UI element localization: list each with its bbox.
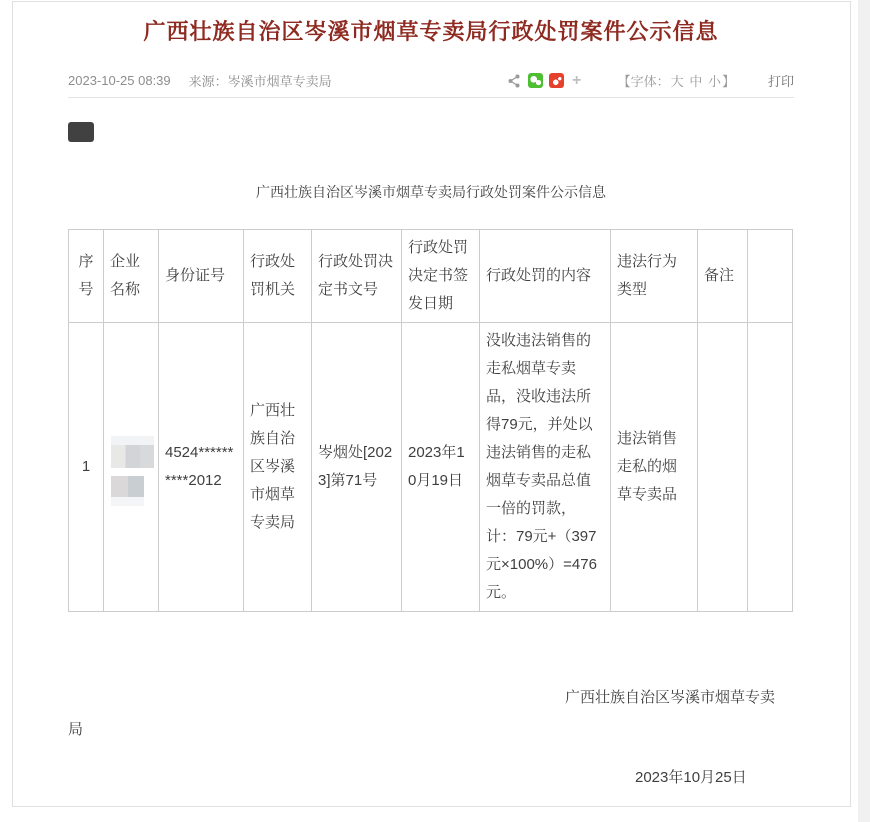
redacted-block (68, 122, 94, 142)
col-header-authority: 行政处罚机关 (244, 230, 312, 323)
meta-left: 2023-10-25 08:39 来源：岑溪市烟草专卖局 (68, 71, 332, 90)
cell-authority: 广西壮族自治区岑溪市烟草专卖局 (244, 323, 312, 612)
cell-id-number: 4524**********2012 (159, 323, 244, 612)
share-icon[interactable] (506, 73, 522, 89)
plus-icon[interactable]: + (570, 73, 584, 88)
table-header-row: 序号 企业名称 身份证号 行政处罚机关 行政处罚决定书文号 行政处罚决定书签发日… (69, 230, 793, 323)
font-size-open-bracket: 【字体： (618, 74, 670, 89)
source-label: 来源：岑溪市烟草专卖局 (189, 71, 332, 90)
weibo-icon[interactable] (549, 73, 564, 88)
wechat-icon[interactable] (528, 73, 543, 88)
cell-remark (698, 323, 748, 612)
print-button[interactable]: 打印 (768, 71, 794, 90)
font-size-control: 【字体：大 中 小】 (618, 71, 735, 90)
font-size-medium[interactable]: 中 (689, 74, 702, 89)
article-card: 广西壮族自治区岑溪市烟草专卖局行政处罚案件公示信息 2023-10-25 08:… (12, 1, 851, 807)
font-size-close-bracket: 】 (722, 74, 735, 89)
col-header-company: 企业名称 (104, 230, 159, 323)
cell-doc-number: 岑烟处[2023]第71号 (312, 323, 402, 612)
share-toolbar: + (506, 73, 590, 89)
signature-date: 2023年10月25日 (68, 762, 794, 794)
page-right-gutter (858, 0, 870, 822)
redaction-blur-top (111, 445, 154, 468)
col-header-remark: 备注 (698, 230, 748, 323)
article-subtitle: 广西壮族自治区岑溪市烟草专卖局行政处罚案件公示信息 (68, 182, 794, 202)
publish-datetime: 2023-10-25 08:39 (68, 73, 171, 88)
penalty-table: 序号 企业名称 身份证号 行政处罚机关 行政处罚决定书文号 行政处罚决定书签发日… (68, 229, 793, 612)
cell-violation-type: 违法销售走私的烟草专卖品 (611, 323, 698, 612)
cell-sign-date: 2023年10月19日 (402, 323, 480, 612)
meta-row: 2023-10-25 08:39 来源：岑溪市烟草专卖局 (68, 71, 794, 98)
col-header-extra (748, 230, 793, 323)
signature-authority: 广西壮族自治区岑溪市烟草专卖局 (68, 682, 794, 746)
col-header-doc-number: 行政处罚决定书文号 (312, 230, 402, 323)
col-header-content: 行政处罚的内容 (480, 230, 611, 323)
company-redaction (110, 435, 152, 499)
article-content: 广西壮族自治区岑溪市烟草专卖局行政处罚案件公示信息 2023-10-25 08:… (13, 15, 850, 794)
font-size-small[interactable]: 小 (708, 74, 721, 89)
col-header-sign-date: 行政处罚决定书签发日期 (402, 230, 480, 323)
col-header-id: 身份证号 (159, 230, 244, 323)
cell-no: 1 (69, 323, 104, 612)
font-size-large[interactable]: 大 (671, 74, 684, 89)
cell-company-redacted (104, 323, 159, 612)
col-header-violation-type: 违法行为类型 (611, 230, 698, 323)
redaction-blur-bottom (111, 476, 144, 497)
page-title: 广西壮族自治区岑溪市烟草专卖局行政处罚案件公示信息 (68, 15, 794, 49)
table-row: 1 4524**********2012 广西壮族自治区岑溪市烟草专卖局 岑烟处… (69, 323, 793, 612)
col-header-no: 序号 (69, 230, 104, 323)
meta-right: + 【字体：大 中 小】 打印 (506, 71, 794, 90)
cell-extra (748, 323, 793, 612)
cell-penalty-content: 没收违法销售的走私烟草专卖品，没收违法所得79元，并处以违法销售的走私烟草专卖品… (480, 323, 611, 612)
